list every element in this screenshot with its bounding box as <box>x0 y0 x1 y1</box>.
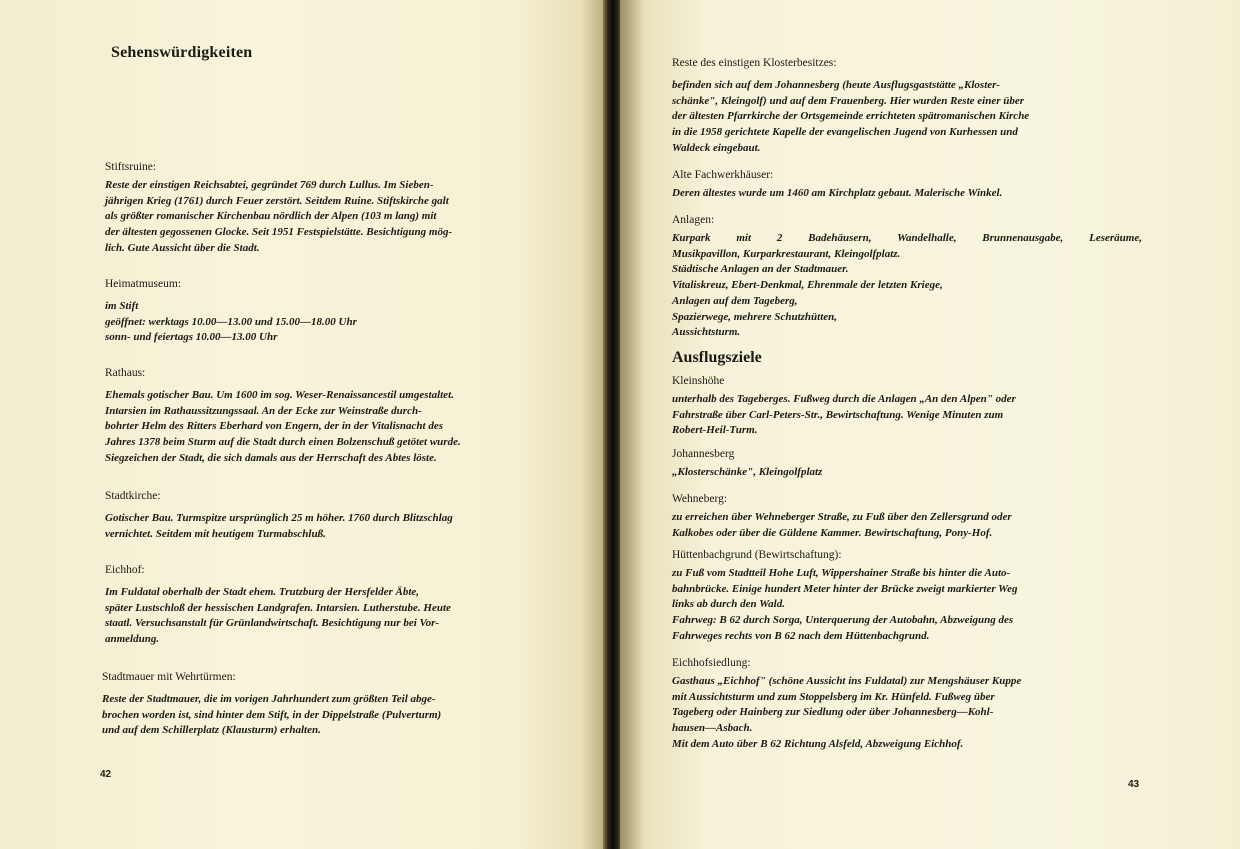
section-body: Ehemals gotischer Bau. Um 1600 im sog. W… <box>105 388 575 467</box>
text-line: staatl. Versuchsanstalt für Grünlandwirt… <box>105 616 575 632</box>
section-body: Reste der einstigen Reichsabtei, gegründ… <box>105 178 575 257</box>
text-line: vernichtet. Seitdem mit heutigem Turmabs… <box>105 527 575 543</box>
text-line: schänke", Kleingolf) und auf dem Frauenb… <box>672 94 1142 110</box>
section-heimatmuseum: Heimatmuseum: im Stift geöffnet: werktag… <box>105 277 575 346</box>
section-heading: Eichhofsiedlung: <box>672 656 1142 671</box>
section-heading: Wehneberg: <box>672 492 1142 507</box>
text-line: Kurpark mit 2 Badehäusern, Wandelhalle, … <box>672 231 1142 247</box>
section-heading: Anlagen: <box>672 213 1142 228</box>
section-anlagen: Anlagen: Kurpark mit 2 Badehäusern, Wand… <box>672 213 1142 341</box>
section-body: Deren ältestes wurde um 1460 am Kirchpla… <box>672 186 1142 202</box>
text-line: in die 1958 gerichtete Kapelle der evang… <box>672 125 1142 141</box>
section-heading: Stiftsruine: <box>105 160 575 175</box>
text-line: im Stift <box>105 299 575 315</box>
section-body: Kurpark mit 2 Badehäusern, Wandelhalle, … <box>672 231 1142 341</box>
section-heading: Reste des einstigen Klosterbesitzes: <box>672 56 1142 71</box>
section-heading: Rathaus: <box>105 366 575 381</box>
section-heading: Kleinshöhe <box>672 374 1142 389</box>
section-heading: Heimatmuseum: <box>105 277 575 292</box>
excursions-heading: Ausflugsziele <box>672 349 762 367</box>
text-line: Mit dem Auto über B 62 Richtung Alsfeld,… <box>672 737 1142 753</box>
text-line: später Lustschloß der hessischen Landgra… <box>105 601 575 617</box>
section-body: im Stift geöffnet: werktags 10.00—13.00 … <box>105 299 575 346</box>
section-rathaus: Rathaus: Ehemals gotischer Bau. Um 1600 … <box>105 366 575 467</box>
text-line: Reste der einstigen Reichsabtei, gegründ… <box>105 178 575 194</box>
text-line: Städtische Anlagen an der Stadtmauer. <box>672 262 1142 278</box>
section-body: zu erreichen über Wehneberger Straße, zu… <box>672 510 1142 541</box>
text-line: Siegzeichen der Stadt, die sich damals a… <box>105 451 575 467</box>
text-line: bahnbrücke. Einige hundert Meter hinter … <box>672 582 1142 598</box>
section-stiftsruine: Stiftsruine: Reste der einstigen Reichsa… <box>105 160 575 257</box>
text-line: hausen—Asbach. <box>672 721 1142 737</box>
text-line: Deren ältestes wurde um 1460 am Kirchpla… <box>672 186 1142 202</box>
text-line: Fahrweg: B 62 durch Sorga, Unterquerung … <box>672 613 1142 629</box>
section-johannesberg: Johannesberg „Klosterschänke", Kleingolf… <box>672 447 1142 481</box>
section-stadtkirche: Stadtkirche: Gotischer Bau. Turmspitze u… <box>105 489 575 542</box>
text-line: Jahres 1378 beim Sturm auf die Stadt dur… <box>105 435 575 451</box>
section-heading: Stadtkirche: <box>105 489 575 504</box>
section-body: unterhalb des Tageberges. Fußweg durch d… <box>672 392 1142 439</box>
text-line: Reste der Stadtmauer, die im vorigen Jah… <box>102 692 572 708</box>
text-line: befinden sich auf dem Johannesberg (heut… <box>672 78 1142 94</box>
text-line: Fahrweges rechts von B 62 nach dem Hütte… <box>672 629 1142 645</box>
text-line: Anlagen auf dem Tageberg, <box>672 294 1142 310</box>
text-line: Gasthaus „Eichhof" (schöne Aussicht ins … <box>672 674 1142 690</box>
text-line: lich. Gute Aussicht über die Stadt. <box>105 241 575 257</box>
section-body: „Klosterschänke", Kleingolfplatz <box>672 465 1142 481</box>
section-heading: Alte Fachwerkhäuser: <box>672 168 1142 183</box>
text-line: der ältesten gegossenen Glocke. Seit 195… <box>105 225 575 241</box>
text-line: Gotischer Bau. Turmspitze ursprünglich 2… <box>105 511 575 527</box>
text-line: der ältesten Pfarrkirche der Ortsgemeind… <box>672 109 1142 125</box>
section-heading: Hüttenbachgrund (Bewirtschaftung): <box>672 548 1142 563</box>
text-line: als größter romanischer Kirchenbau nördl… <box>105 209 575 225</box>
text-line: Vitaliskreuz, Ebert-Denkmal, Ehrenmale d… <box>672 278 1142 294</box>
text-line: bohrter Helm des Ritters Eberhard von En… <box>105 419 575 435</box>
text-line: unterhalb des Tageberges. Fußweg durch d… <box>672 392 1142 408</box>
left-page: Sehenswürdigkeiten Stiftsruine: Reste de… <box>0 0 606 849</box>
text-line: Ehemals gotischer Bau. Um 1600 im sog. W… <box>105 388 575 404</box>
section-huettenbachgrund: Hüttenbachgrund (Bewirtschaftung): zu Fu… <box>672 548 1142 645</box>
section-klosterbesitz: Reste des einstigen Klosterbesitzes: bef… <box>672 56 1142 157</box>
section-heading: Johannesberg <box>672 447 1142 462</box>
section-heading: Eichhof: <box>105 563 575 578</box>
section-body: befinden sich auf dem Johannesberg (heut… <box>672 78 1142 157</box>
text-line: Spazierwege, mehrere Schutzhütten, <box>672 310 1142 326</box>
text-line: sonn- und feiertags 10.00—13.00 Uhr <box>105 330 575 346</box>
section-fachwerkhaeuser: Alte Fachwerkhäuser: Deren ältestes wurd… <box>672 168 1142 202</box>
text-line: zu erreichen über Wehneberger Straße, zu… <box>672 510 1142 526</box>
text-line: Im Fuldatal oberhalb der Stadt ehem. Tru… <box>105 585 575 601</box>
right-page: Reste des einstigen Klosterbesitzes: bef… <box>620 0 1240 849</box>
section-eichhofsiedlung: Eichhofsiedlung: Gasthaus „Eichhof" (sch… <box>672 656 1142 753</box>
text-line: Musikpavillon, Kurparkrestaurant, Kleing… <box>672 247 1142 263</box>
section-body: Gasthaus „Eichhof" (schöne Aussicht ins … <box>672 674 1142 753</box>
text-line: Tageberg oder Hainberg zur Siedlung oder… <box>672 705 1142 721</box>
section-body: Gotischer Bau. Turmspitze ursprünglich 2… <box>105 511 575 542</box>
section-stadtmauer: Stadtmauer mit Wehrtürmen: Reste der Sta… <box>102 670 572 739</box>
section-body: zu Fuß vom Stadtteil Hohe Luft, Wippersh… <box>672 566 1142 645</box>
section-wehneberg: Wehneberg: zu erreichen über Wehneberger… <box>672 492 1142 541</box>
text-line: jährigen Krieg (1761) durch Feuer zerstö… <box>105 194 575 210</box>
text-line: links ab durch den Wald. <box>672 597 1142 613</box>
text-line: Fahrstraße über Carl-Peters-Str., Bewirt… <box>672 408 1142 424</box>
section-body: Reste der Stadtmauer, die im vorigen Jah… <box>102 692 572 739</box>
text-line: Kalkobes oder über die Güldene Kammer. B… <box>672 526 1142 542</box>
text-line: zu Fuß vom Stadtteil Hohe Luft, Wippersh… <box>672 566 1142 582</box>
text-line: brochen worden ist, sind hinter dem Stif… <box>102 708 572 724</box>
section-heading: Stadtmauer mit Wehrtürmen: <box>102 670 572 685</box>
text-line: und auf dem Schillerplatz (Klausturm) er… <box>102 723 572 739</box>
text-line: geöffnet: werktags 10.00—13.00 und 15.00… <box>105 315 575 331</box>
text-line: Waldeck eingebaut. <box>672 141 1142 157</box>
text-line: anmeldung. <box>105 632 575 648</box>
text-line: Aussichtsturm. <box>672 325 1142 341</box>
text-line: Intarsien im Rathaussitzungssaal. An der… <box>105 404 575 420</box>
text-line: „Klosterschänke", Kleingolfplatz <box>672 465 1142 481</box>
text-line: mit Aussichtsturm und zum Stoppelsberg i… <box>672 690 1142 706</box>
page-number: 43 <box>1128 779 1139 790</box>
section-eichhof: Eichhof: Im Fuldatal oberhalb der Stadt … <box>105 563 575 648</box>
section-kleinshoehe: Kleinshöhe unterhalb des Tageberges. Fuß… <box>672 374 1142 439</box>
text-line: Robert-Heil-Turm. <box>672 423 1142 439</box>
page-number: 42 <box>100 769 111 780</box>
section-body: Im Fuldatal oberhalb der Stadt ehem. Tru… <box>105 585 575 648</box>
page-title: Sehenswürdigkeiten <box>111 44 252 62</box>
